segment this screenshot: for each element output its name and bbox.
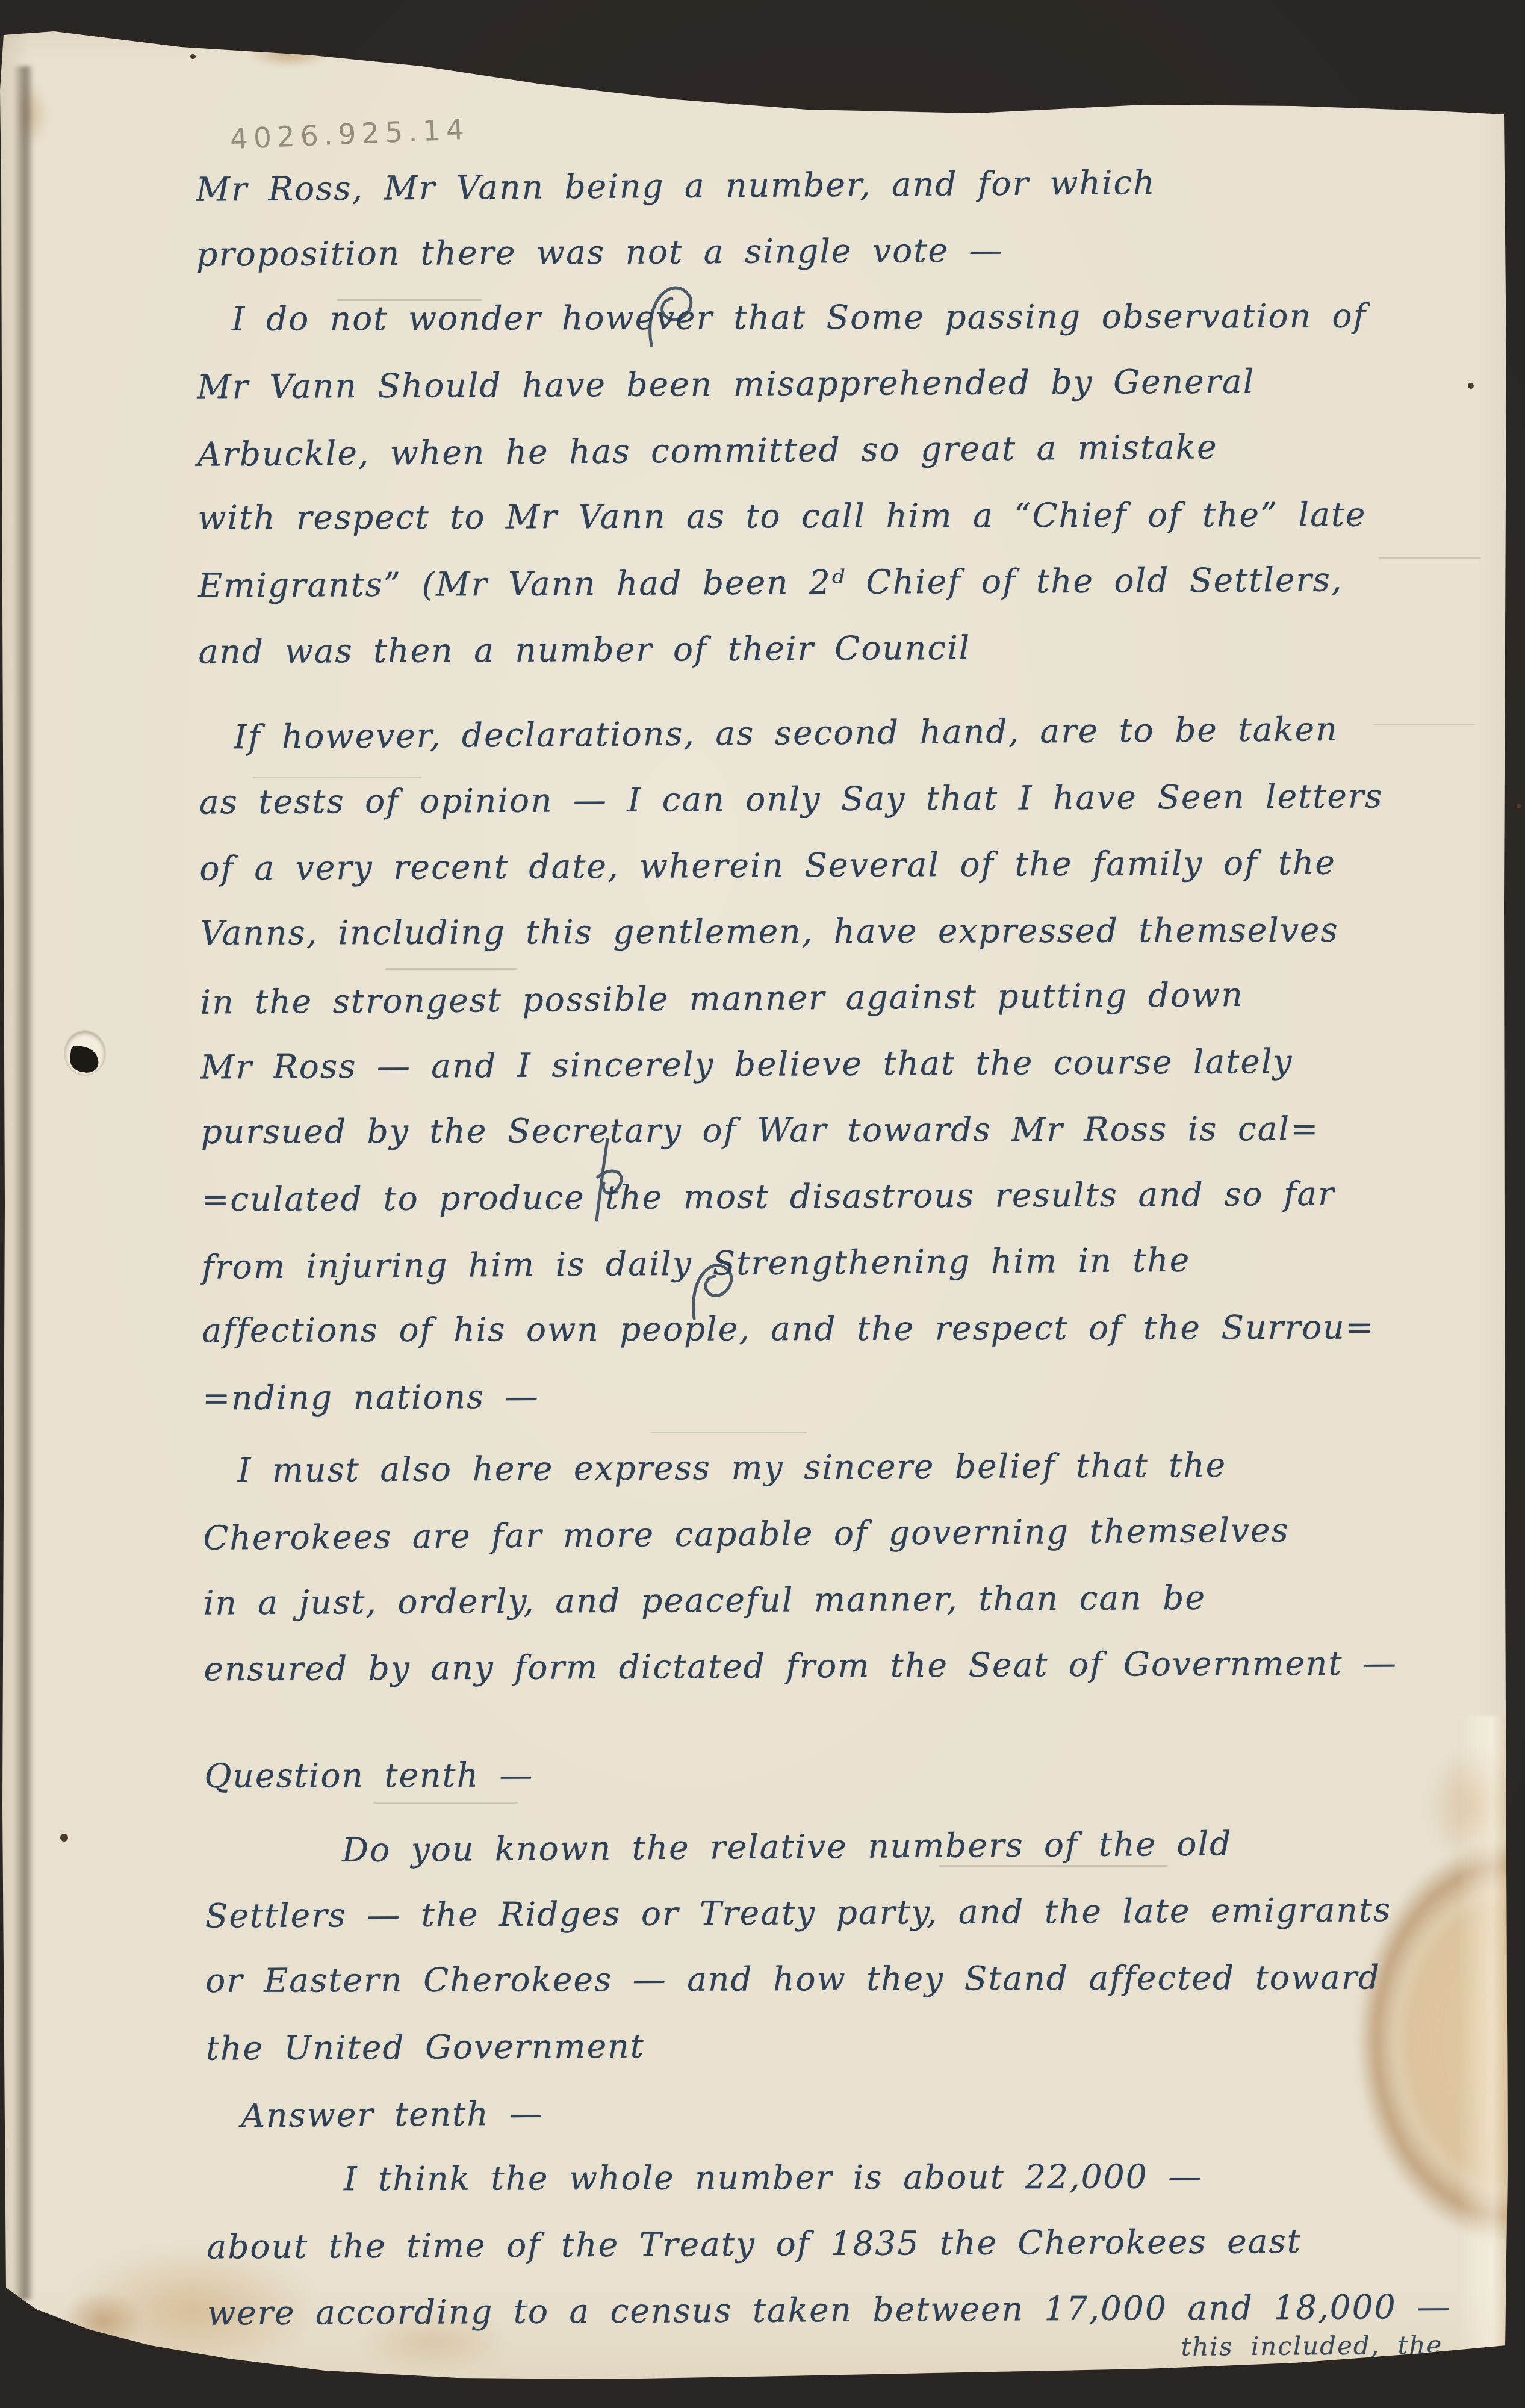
border-speck [1517,804,1521,808]
manuscript-line: Mr Ross — and I sincerely believe that t… [200,1027,1471,1100]
manuscript-line: in the strongest possible manner against… [200,960,1471,1035]
catalog-number: 4026.925.14 [229,113,470,157]
manuscript-line: Vanns, including this gentlemen, have ex… [200,896,1470,966]
manuscript-line: and was then a number of their Council [198,612,1469,684]
ink-speck [1468,383,1474,389]
manuscript-line: of a very recent date, wherein Several o… [199,828,1470,901]
manuscript-line: Mr Ross, Mr Vann being a number, and for… [196,147,1467,222]
manuscript-line: Cherokees are far more capable of govern… [203,1495,1474,1571]
punch-hole [65,1031,105,1075]
manuscript-line: ensured by any form dictated from the Se… [203,1629,1474,1702]
manuscript-line: =culated to produce the most disastrous … [201,1159,1472,1232]
manuscript-line: with respect to Mr Vann as to call him a… [197,481,1468,551]
manuscript-line: Question tenth — [204,1739,1474,1809]
manuscript-line: I must also here express my sincere beli… [202,1430,1473,1503]
stain-top-left [235,37,343,72]
manuscript-line: affections of his own people, and the re… [202,1294,1472,1364]
manuscript-line: in a just, orderly, and peaceful manner,… [203,1563,1474,1636]
manuscript-line: Settlers — the Ridges or Treaty party, a… [205,1876,1476,1949]
paper-nick [383,49,390,55]
ink-speck [60,1834,68,1842]
manuscript-line: =nding nations — [202,1358,1473,1431]
manuscript-line: about the time of the Treaty of 1835 the… [207,2207,1477,2280]
manuscript-line: Do you known the relative numbers of the… [205,1808,1476,1884]
fold-crease [13,66,34,2300]
manuscript-line: I do not wonder however that Some passin… [197,282,1467,352]
manuscript-line: Answer tenth — [206,2073,1477,2149]
stain-top-center [756,53,846,90]
manuscript-text: Mr Ross, Mr Vann being a number, and for… [196,149,1477,2386]
manuscript-line: Arbuckle, when he has committed so great… [197,412,1468,487]
photo-background: 4026.925.14 Mr Ross, Mr Vann being a num… [0,0,1525,2408]
manuscript-page: 4026.925.14 Mr Ross, Mr Vann being a num… [0,0,1525,2408]
manuscript-line: Mr Vann Should have been misapprehended … [197,347,1468,420]
manuscript-line: I think the whole number is about 22,000… [207,2143,1477,2212]
manuscript-line: pursued by the Secretary of War towards … [201,1095,1471,1165]
manuscript-line: from injuring him is daily Strengthening… [202,1224,1473,1300]
paper-nick [190,54,196,59]
manuscript-line: If however, declarations, as second hand… [199,695,1470,770]
tear-shadow [68,1045,100,1074]
manuscript-line: this included, the [207,2312,1478,2387]
manuscript-line: as tests of opinion — I can only Say tha… [199,762,1470,835]
manuscript-line: proposition there was not a single vote … [196,214,1467,287]
manuscript-line: Emigrants” (Mr Vann had been 2ᵈ Chief of… [198,545,1469,618]
manuscript-line: the United Government [205,2008,1476,2081]
stain-bottom-left-dark [48,2282,157,2360]
manuscript-line: or Eastern Cherokees — and how they Stan… [205,1944,1476,2014]
